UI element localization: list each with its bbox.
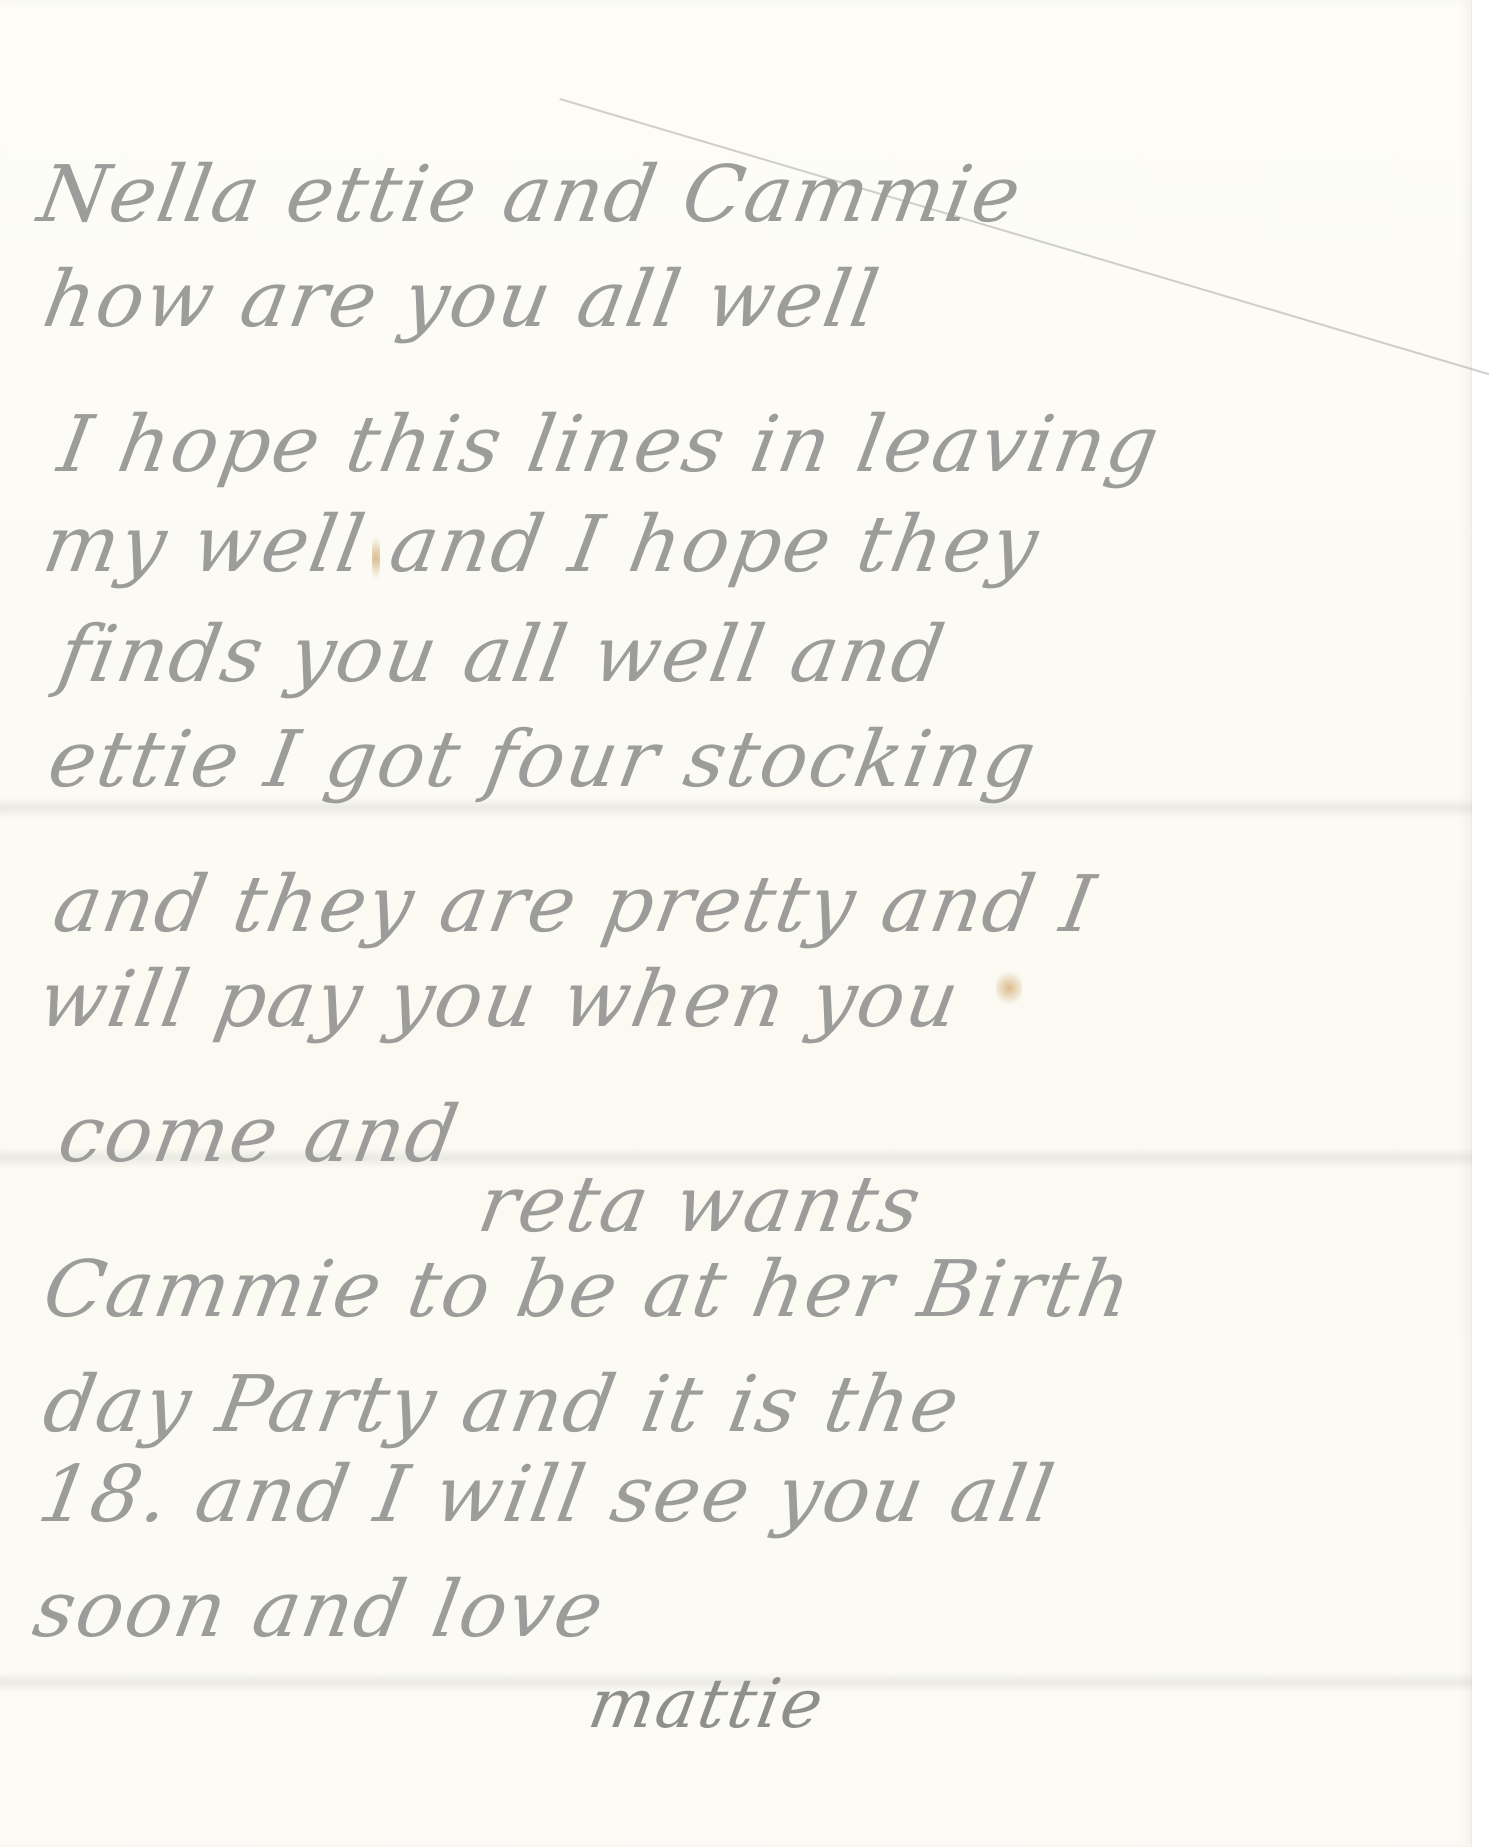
paper-edge xyxy=(1471,0,1489,1847)
letter-line: come and xyxy=(52,1090,466,1180)
letter-line: and they are pretty and I xyxy=(47,860,1103,950)
letter-line: finds you all well and xyxy=(52,610,952,700)
stain-mark xyxy=(996,968,1022,1008)
letter-line: Nella ettie and Cammie xyxy=(32,150,1029,240)
letter-line: ettie I got four stocking xyxy=(42,715,1044,805)
letter-line: will pay you when you xyxy=(32,955,967,1045)
letter-line: reta wants xyxy=(472,1160,929,1250)
letter-line: soon and love xyxy=(27,1565,611,1655)
letter-line: I hope this lines in leaving xyxy=(52,400,1167,490)
letter-line: day Party and it is the xyxy=(37,1360,967,1450)
letter-line: how are you all well xyxy=(37,255,886,345)
letter-line: my well and I hope they xyxy=(37,500,1046,590)
letter-line: Cammie to be at her Birth xyxy=(37,1245,1139,1335)
signature: mattie xyxy=(583,1665,831,1744)
letter-line: 18. and I will see you all xyxy=(32,1450,1062,1540)
